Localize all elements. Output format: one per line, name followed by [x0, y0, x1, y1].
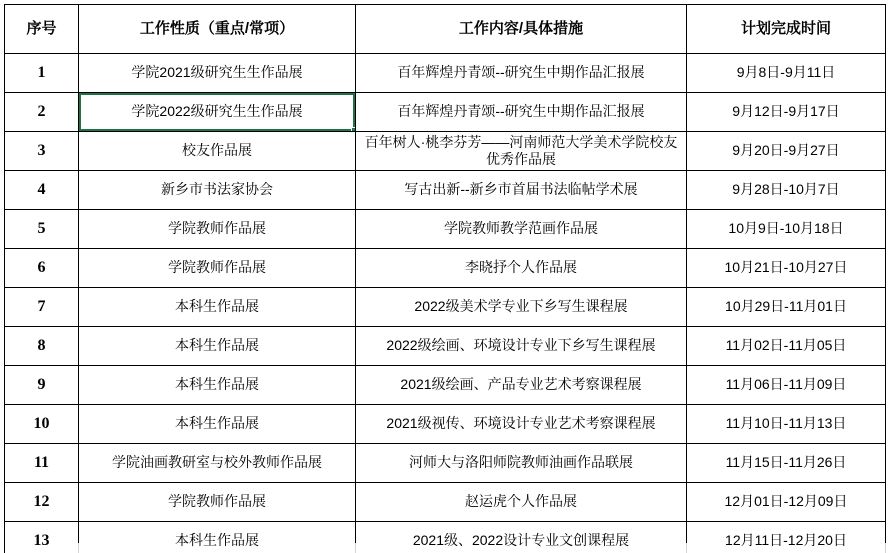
row-number-cell[interactable]: 1 [5, 54, 79, 93]
data-cell[interactable]: 2021级视传、环境设计专业艺术考察课程展 [356, 405, 687, 444]
data-cell[interactable]: 10月29日-11月01日 [687, 288, 886, 327]
data-cell[interactable]: 赵运虎个人作品展 [356, 483, 687, 522]
data-cell[interactable]: 本科生作品展 [79, 366, 356, 405]
table-row: 12学院教师作品展赵运虎个人作品展12月01日-12月09日 [5, 483, 886, 522]
row-number-cell[interactable]: 4 [5, 171, 79, 210]
data-cell[interactable]: 9月8日-9月11日 [687, 54, 886, 93]
data-cell[interactable]: 10月21日-10月27日 [687, 249, 886, 288]
row-number-cell[interactable]: 7 [5, 288, 79, 327]
data-cell[interactable]: 学院2021级研究生生作品展 [79, 54, 356, 93]
table-row: 1学院2021级研究生生作品展百年辉煌丹青颂--研究生中期作品汇报展9月8日-9… [5, 54, 886, 93]
row-number-cell[interactable]: 6 [5, 249, 79, 288]
header-content: 工作内容/具体措施 [356, 5, 687, 54]
row-number-cell[interactable]: 13 [5, 522, 79, 553]
data-cell[interactable]: 学院教师作品展 [79, 210, 356, 249]
table-row: 9本科生作品展2021级绘画、产品专业艺术考察课程展11月06日-11月09日 [5, 366, 886, 405]
spreadsheet-view: 序号 工作性质（重点/常项） 工作内容/具体措施 计划完成时间 1学院2021级… [0, 0, 892, 553]
gridline-stub [78, 543, 79, 553]
data-cell[interactable]: 9月28日-10月7日 [687, 171, 886, 210]
data-cell[interactable]: 11月15日-11月26日 [687, 444, 886, 483]
selected-cell[interactable]: 学院2022级研究生生作品展 [79, 93, 356, 132]
data-cell[interactable]: 新乡市书法家协会 [79, 171, 356, 210]
row-number-cell[interactable]: 12 [5, 483, 79, 522]
data-cell[interactable]: 百年辉煌丹青颂--研究生中期作品汇报展 [356, 54, 687, 93]
row-number-cell[interactable]: 3 [5, 132, 79, 171]
gridline-stub [686, 543, 687, 553]
row-number-cell[interactable]: 9 [5, 366, 79, 405]
data-cell[interactable]: 9月20日-9月27日 [687, 132, 886, 171]
data-cell[interactable]: 学院教师作品展 [79, 249, 356, 288]
data-cell[interactable]: 本科生作品展 [79, 288, 356, 327]
data-cell[interactable]: 11月02日-11月05日 [687, 327, 886, 366]
row-number-cell[interactable]: 10 [5, 405, 79, 444]
table-row: 10本科生作品展2021级视传、环境设计专业艺术考察课程展11月10日-11月1… [5, 405, 886, 444]
table-body: 1学院2021级研究生生作品展百年辉煌丹青颂--研究生中期作品汇报展9月8日-9… [5, 54, 886, 553]
data-cell[interactable]: 学院油画教研室与校外教师作品展 [79, 444, 356, 483]
table-row: 5学院教师作品展学院教师教学范画作品展10月9日-10月18日 [5, 210, 886, 249]
table-row: 2学院2022级研究生生作品展百年辉煌丹青颂--研究生中期作品汇报展9月12日-… [5, 93, 886, 132]
data-cell[interactable]: 10月9日-10月18日 [687, 210, 886, 249]
table-row: 8本科生作品展2022级绘画、环境设计专业下乡写生课程展11月02日-11月05… [5, 327, 886, 366]
row-number-cell[interactable]: 8 [5, 327, 79, 366]
data-cell[interactable]: 学院教师作品展 [79, 483, 356, 522]
data-cell[interactable]: 李晓抒个人作品展 [356, 249, 687, 288]
gridline-stub [885, 543, 886, 553]
table-row: 7本科生作品展2022级美术学专业下乡写生课程展10月29日-11月01日 [5, 288, 886, 327]
data-cell[interactable]: 校友作品展 [79, 132, 356, 171]
work-plan-table: 序号 工作性质（重点/常项） 工作内容/具体措施 计划完成时间 1学院2021级… [4, 4, 886, 553]
header-row: 序号 工作性质（重点/常项） 工作内容/具体措施 计划完成时间 [5, 5, 886, 54]
header-number: 序号 [5, 5, 79, 54]
data-cell[interactable]: 11月06日-11月09日 [687, 366, 886, 405]
row-number-cell[interactable]: 5 [5, 210, 79, 249]
data-cell[interactable]: 2021级、2022设计专业文创课程展 [356, 522, 687, 553]
table-row: 4新乡市书法家协会写古出新--新乡市首届书法临帖学术展9月28日-10月7日 [5, 171, 886, 210]
row-number-cell[interactable]: 11 [5, 444, 79, 483]
table-row: 13本科生作品展2021级、2022设计专业文创课程展12月11日-12月20日 [5, 522, 886, 553]
header-nature: 工作性质（重点/常项） [79, 5, 356, 54]
table-row: 6学院教师作品展李晓抒个人作品展10月21日-10月27日 [5, 249, 886, 288]
data-cell[interactable]: 本科生作品展 [79, 327, 356, 366]
data-cell[interactable]: 河师大与洛阳师院教师油画作品联展 [356, 444, 687, 483]
data-cell[interactable]: 12月01日-12月09日 [687, 483, 886, 522]
table-row: 3校友作品展百年树人·桃李芬芳——河南师范大学美术学院校友优秀作品展9月20日-… [5, 132, 886, 171]
data-cell[interactable]: 12月11日-12月20日 [687, 522, 886, 553]
gridline-stub [355, 543, 356, 553]
header-time: 计划完成时间 [687, 5, 886, 54]
data-cell[interactable]: 2022级绘画、环境设计专业下乡写生课程展 [356, 327, 687, 366]
data-cell[interactable]: 本科生作品展 [79, 405, 356, 444]
fill-handle[interactable] [351, 127, 356, 132]
data-cell[interactable]: 百年辉煌丹青颂--研究生中期作品汇报展 [356, 93, 687, 132]
table-row: 11学院油画教研室与校外教师作品展河师大与洛阳师院教师油画作品联展11月15日-… [5, 444, 886, 483]
data-cell[interactable]: 2022级美术学专业下乡写生课程展 [356, 288, 687, 327]
data-cell[interactable]: 2021级绘画、产品专业艺术考察课程展 [356, 366, 687, 405]
row-number-cell[interactable]: 2 [5, 93, 79, 132]
data-cell[interactable]: 9月12日-9月17日 [687, 93, 886, 132]
data-cell[interactable]: 学院教师教学范画作品展 [356, 210, 687, 249]
data-cell[interactable]: 本科生作品展 [79, 522, 356, 553]
data-cell[interactable]: 百年树人·桃李芬芳——河南师范大学美术学院校友优秀作品展 [356, 132, 687, 171]
data-cell[interactable]: 写古出新--新乡市首届书法临帖学术展 [356, 171, 687, 210]
data-cell[interactable]: 11月10日-11月13日 [687, 405, 886, 444]
